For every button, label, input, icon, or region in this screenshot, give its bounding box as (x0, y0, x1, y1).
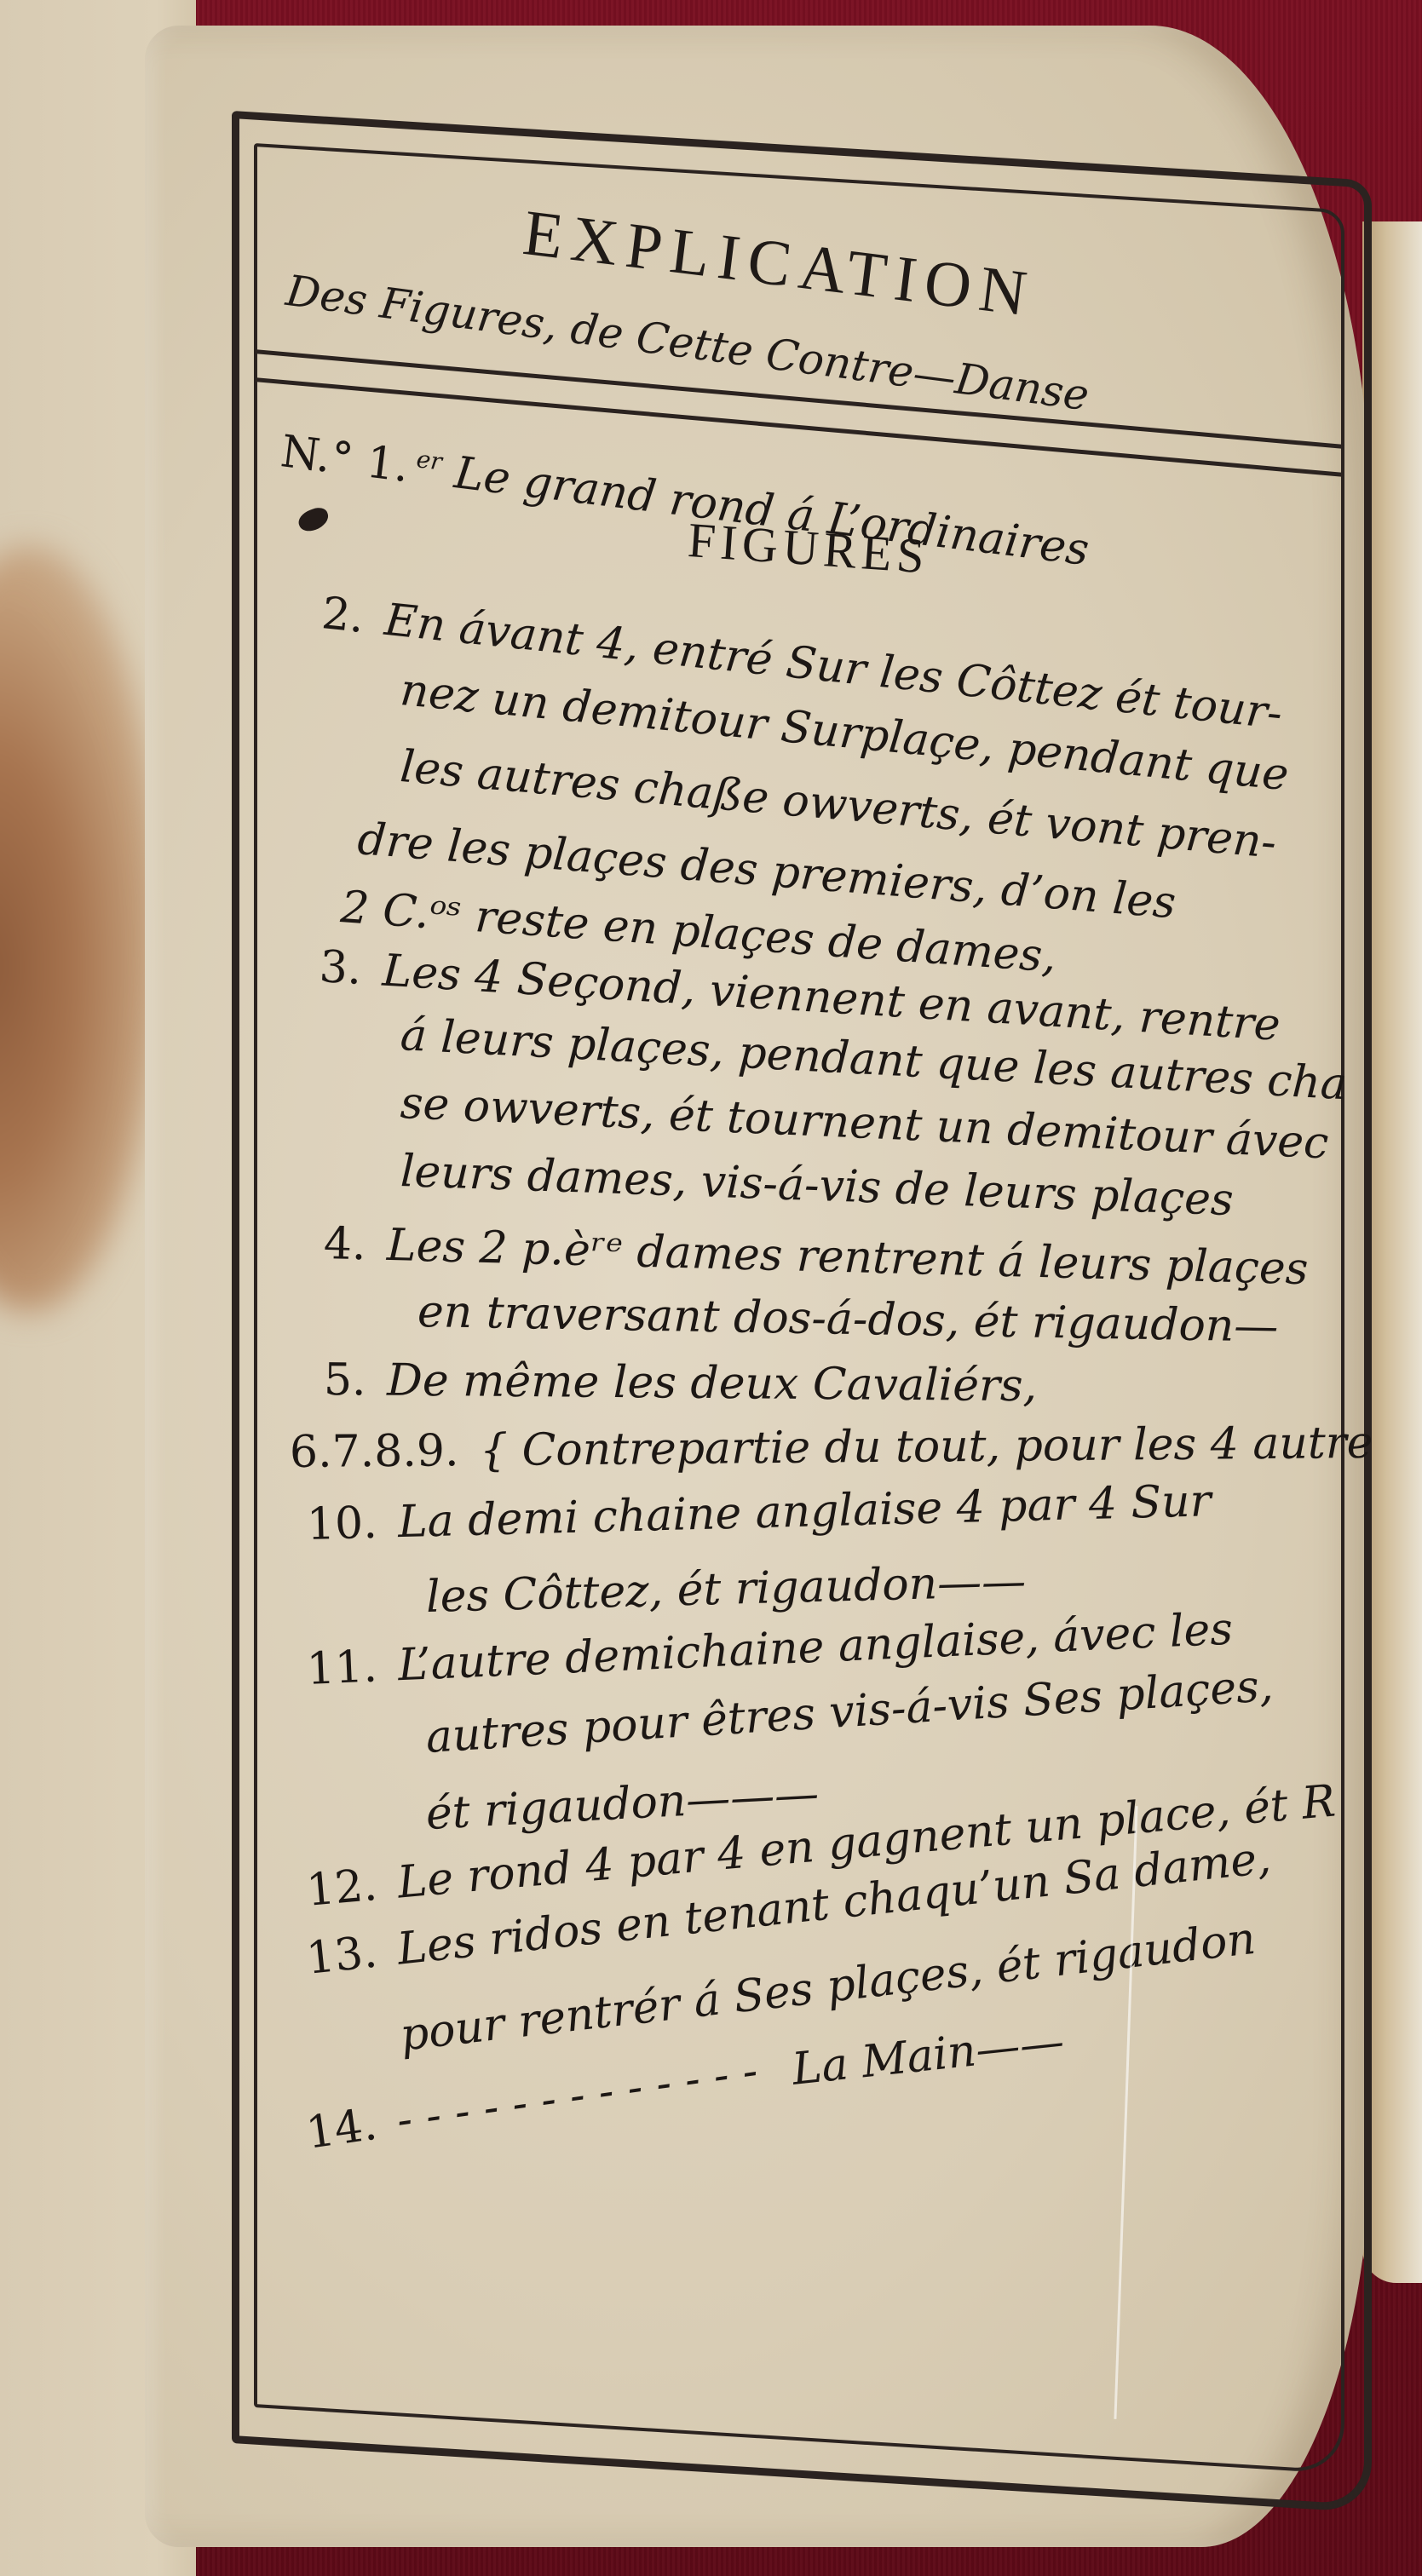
figure-number-superscript: er (415, 445, 444, 475)
figure-number: 10. (306, 1498, 377, 1550)
figure-text: { Contrepartie du tout, pour les 4 autre (480, 1417, 1373, 1476)
figure-number: 3. (318, 941, 363, 995)
figure-number: 13. (304, 1927, 380, 1985)
figure-number: 4. (323, 1218, 366, 1270)
figure-number: 6.7.8.9. (290, 1425, 459, 1478)
figure-number: 5. (324, 1354, 366, 1406)
figure-number: 11. (306, 1641, 378, 1695)
figure-number: 14. (303, 2099, 380, 2159)
figure-text: De même les deux Cavaliérs, (387, 1355, 1037, 1412)
figure-6-9-line-1: 6.7.8.9. { Contrepartie du tout, pour le… (290, 1417, 1373, 1478)
figure-number: 2. (320, 588, 367, 643)
figure-5-line-1: 5. De même les deux Cavaliérs, (324, 1354, 1038, 1412)
figure-number: 12. (304, 1860, 379, 1917)
